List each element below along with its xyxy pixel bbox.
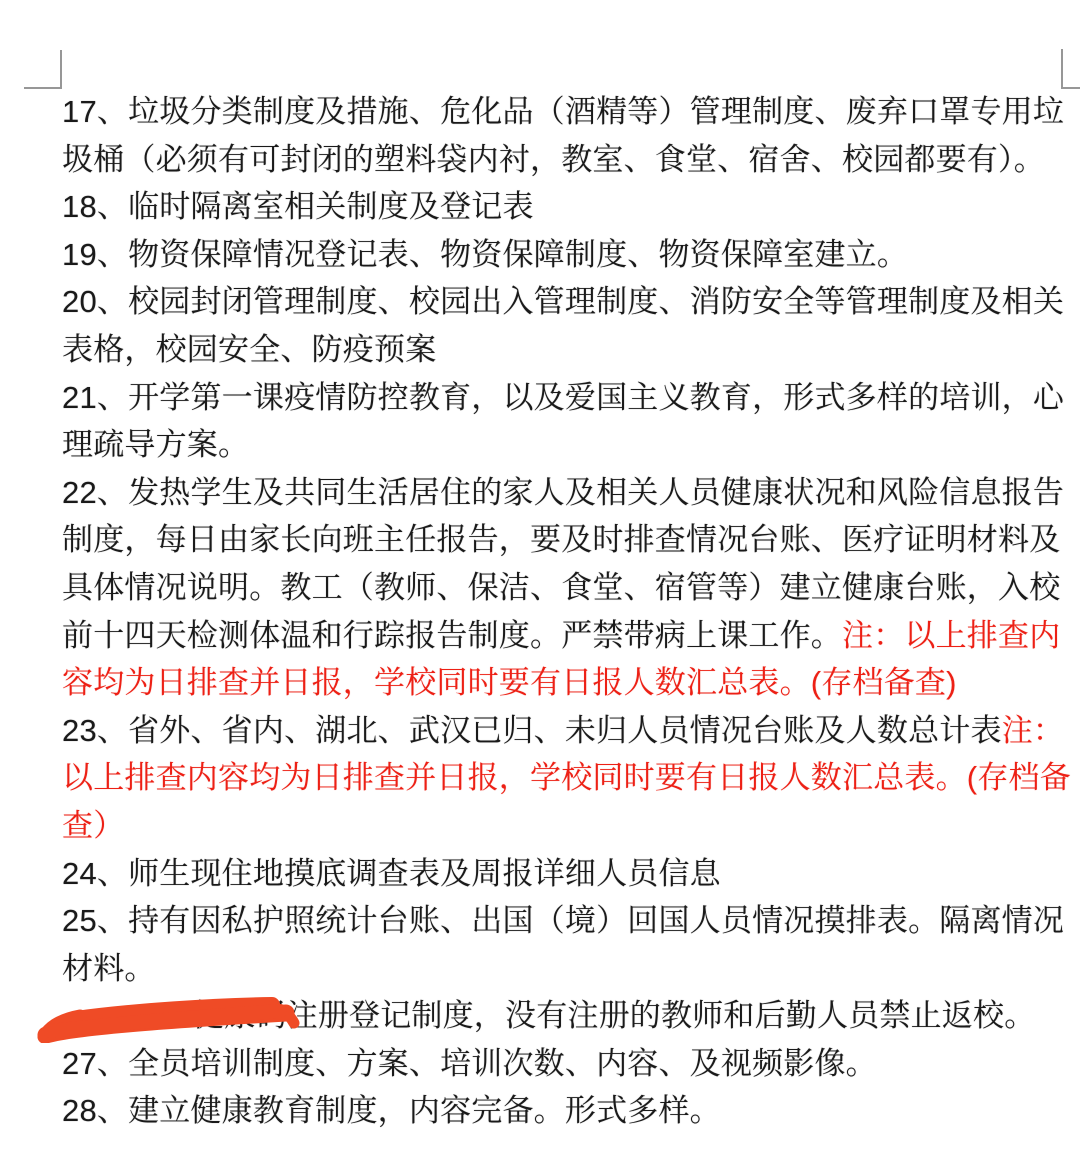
text-segment: 具体情况说明。教工（教师、保洁、食堂、宿管等）建立健康台账，入校 — [62, 570, 1060, 605]
text-segment: 圾桶（必须有可封闭的塑料袋内衬，教室、食堂、宿舍、校园都要有）。 — [62, 142, 1045, 177]
page-margin-corner-left — [24, 50, 62, 89]
text-segment: 前十四天检测体温和行踪报告制度。严禁带病上课工作。 — [62, 618, 842, 653]
text-line: 容均为日排查并日报，学校同时要有日报人数汇总表。(存档备查) — [62, 659, 1067, 707]
text-line: 18、临时隔离室相关制度及登记表 — [62, 183, 1067, 231]
text-segment: 23、省外、省内、湖北、武汉已归、未归人员情况台账及人数总计表 — [62, 713, 1002, 748]
text-segment: 28、建立健康教育制度，内容完备。形式多样。 — [62, 1093, 721, 1128]
text-segment: 20、校园封闭管理制度、校园出入管理制度、消防安全等管理制度及相关 — [62, 284, 1064, 319]
text-segment: 17、垃圾分类制度及措施、危化品（酒精等）管理制度、废弃口罩专用垃 — [62, 94, 1064, 129]
text-segment: 表格，校园安全、防疫预案 — [62, 332, 436, 367]
text-line: 25、持有因私护照统计台账、出国（境）回国人员情况摸排表。隔离情况 — [62, 897, 1067, 945]
text-line: 前十四天检测体温和行踪报告制度。严禁带病上课工作。注：以上排查内 — [62, 612, 1067, 660]
text-line: 23、省外、省内、湖北、武汉已归、未归人员情况台账及人数总计表注： — [62, 707, 1067, 755]
text-line: 具体情况说明。教工（教师、保洁、食堂、宿管等）建立健康台账，入校 — [62, 564, 1067, 612]
redacted-text: 健康码 — [193, 992, 287, 1040]
text-column: 17、垃圾分类制度及措施、危化品（酒精等）管理制度、废弃口罩专用垃圾桶（必须有可… — [62, 88, 1067, 1135]
text-segment: 18、临时隔离室相关制度及登记表 — [62, 189, 534, 224]
text-line: 圾桶（必须有可封闭的塑料袋内衬，教室、食堂、宿舍、校园都要有）。 — [62, 136, 1067, 184]
text-segment: 理疏导方案。 — [62, 427, 249, 462]
text-segment: 材料。 — [62, 951, 156, 986]
text-segment: 25、持有因私护照统计台账、出国（境）回国人员情况摸排表。隔离情况 — [62, 903, 1064, 938]
text-line: 28、建立健康教育制度，内容完备。形式多样。 — [62, 1087, 1067, 1135]
text-line: 查） — [62, 802, 1067, 850]
document-page: 17、垃圾分类制度及措施、危化品（酒精等）管理制度、废弃口罩专用垃圾桶（必须有可… — [0, 0, 1080, 1168]
text-segment-red: 注：以上排查内 — [842, 618, 1060, 653]
text-segment-red: 容均为日排查并日报，学校同时要有日报人数汇总表。(存档备查) — [62, 665, 957, 700]
text-line: 表格，校园安全、防疫预案 — [62, 326, 1067, 374]
text-line: 制度，每日由家长向班主任报告，要及时排查情况台账、医疗证明材料及 — [62, 516, 1067, 564]
text-line: 19、物资保障情况登记表、物资保障制度、物资保障室建立。 — [62, 231, 1067, 279]
text-segment: 制度，每日由家长向班主任报告，要及时排查情况台账、医疗证明材料及 — [62, 522, 1060, 557]
text-segment: 注册登记制度，没有注册的教师和后勤人员禁止返校。 — [287, 998, 1036, 1033]
text-segment-red: 查） — [62, 808, 124, 843]
text-line: 以上排查内容均为日排查并日报，学校同时要有日报人数汇总表。(存档备 — [62, 754, 1067, 802]
text-line: 21、开学第一课疫情防控教育，以及爱国主义教育，形式多样的培训，心 — [62, 374, 1067, 422]
text-line: 24、师生现住地摸底调查表及周报详细人员信息 — [62, 850, 1067, 898]
text-line: 材料。 — [62, 945, 1067, 993]
text-segment: 19、物资保障情况登记表、物资保障制度、物资保障室建立。 — [62, 237, 908, 272]
text-segment: 27、全员培训制度、方案、培训次数、内容、及视频影像。 — [62, 1046, 877, 1081]
text-line: 22、发热学生及共同生活居住的家人及相关人员健康状况和风险信息报告 — [62, 469, 1067, 517]
text-line-redacted: 健康码注册登记制度，没有注册的教师和后勤人员禁止返校。 — [62, 992, 1067, 1040]
text-segment: 21、开学第一课疫情防控教育，以及爱国主义教育，形式多样的培训，心 — [62, 380, 1064, 415]
text-line: 20、校园封闭管理制度、校园出入管理制度、消防安全等管理制度及相关 — [62, 278, 1067, 326]
text-line: 理疏导方案。 — [62, 421, 1067, 469]
text-segment-red: 注： — [1002, 713, 1064, 748]
text-segment: 24、师生现住地摸底调查表及周报详细人员信息 — [62, 856, 721, 891]
scribble-stroke — [44, 1016, 80, 1037]
text-line: 27、全员培训制度、方案、培训次数、内容、及视频影像。 — [62, 1040, 1067, 1088]
page-margin-corner-right — [1061, 49, 1080, 89]
text-segment-red: 以上排查内容均为日排查并日报，学校同时要有日报人数汇总表。(存档备 — [62, 760, 1071, 795]
text-line: 17、垃圾分类制度及措施、危化品（酒精等）管理制度、废弃口罩专用垃 — [62, 88, 1067, 136]
text-segment: 22、发热学生及共同生活居住的家人及相关人员健康状况和风险信息报告 — [62, 475, 1064, 510]
